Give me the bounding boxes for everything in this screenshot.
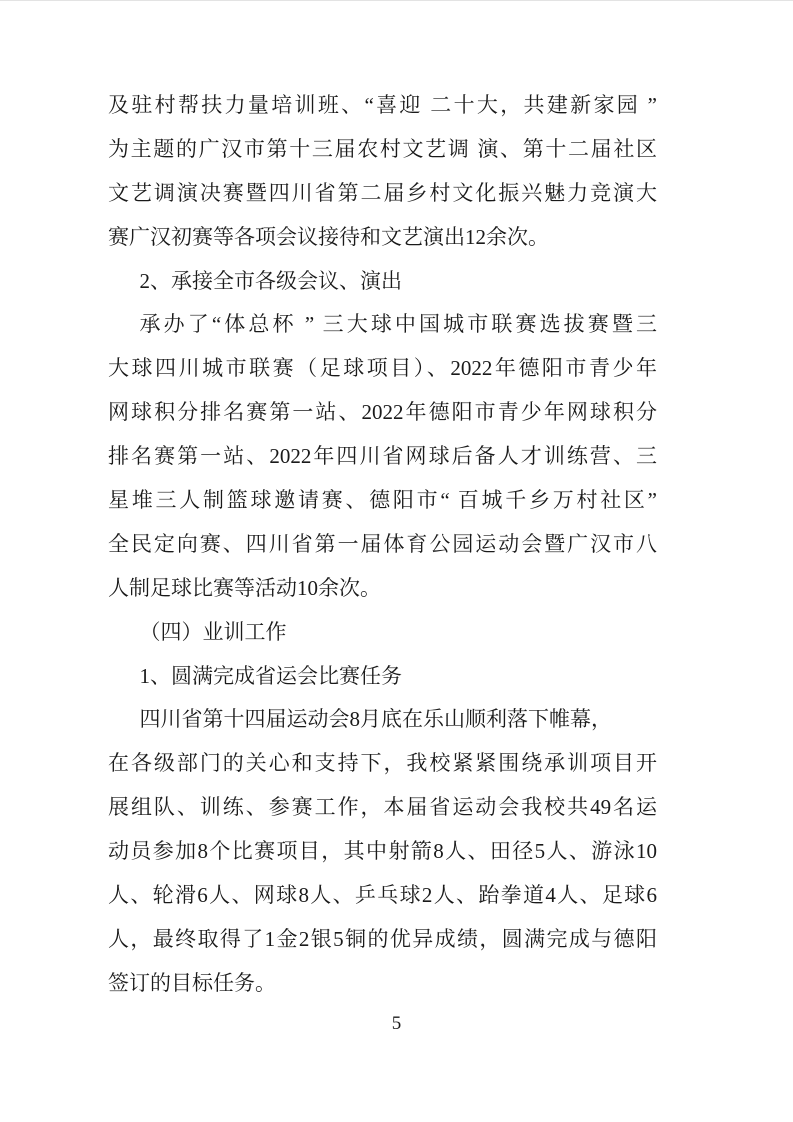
text-line: 及驻村帮扶力量培训班、“喜迎 二十大，共建新家园 ” [108,84,657,128]
text-line: 排名赛第一站、2022年四川省网球后备人才训练营、三 [108,435,657,479]
paragraph: 四川省第十四届运动会8月底在乐山顺利落下帷幕，在各级部门的关心和支持下，我校紧紧… [108,698,657,1005]
text-line: 全民定向赛、四川省第一届体育公园运动会暨广汉市八 [108,523,657,567]
paragraph: 1、圆满完成省运会比赛任务 [108,655,657,699]
text-line: 动员参加8个比赛项目，其中射箭8人、田径5人、游泳10 [108,830,657,874]
text-line: 人，最终取得了1金2银5铜的优异成绩，圆满完成与德阳 [108,918,657,962]
text-line: 在各级部门的关心和支持下，我校紧紧围绕承训项目开 [108,742,657,786]
text-line: 人制足球比赛等活动10余次。 [108,567,657,611]
paragraph: 及驻村帮扶力量培训班、“喜迎 二十大，共建新家园 ”为主题的广汉市第十三届农村文… [108,84,657,260]
text-line: 四川省第十四届运动会8月底在乐山顺利落下帷幕， [108,698,657,742]
text-line: 签订的目标任务。 [108,962,657,1006]
text-line: 大球四川城市联赛（足球项目）、2022年德阳市青少年 [108,347,657,391]
text-line: 1、圆满完成省运会比赛任务 [108,655,657,699]
text-line: 展组队、训练、参赛工作，本届省运动会我校共49名运 [108,786,657,830]
text-line: 为主题的广汉市第十三届农村文艺调 演、第十二届社区 [108,128,657,172]
text-line: 赛广汉初赛等各项会议接待和文艺演出12余次。 [108,216,657,260]
text-line: 网球积分排名赛第一站、2022年德阳市青少年网球积分 [108,391,657,435]
paragraph: 2、承接全市各级会议、演出 [108,260,657,304]
page-number: 5 [0,1012,793,1036]
page-body: 及驻村帮扶力量培训班、“喜迎 二十大，共建新家园 ”为主题的广汉市第十三届农村文… [108,84,657,1006]
paragraph: （四）业训工作 [108,611,657,655]
text-line: 承办了“体总杯 ” 三大球中国城市联赛选拔赛暨三 [108,303,657,347]
text-line: 2、承接全市各级会议、演出 [108,260,657,304]
text-line: 人、轮滑6人、网球8人、乒乓球2人、跆拳道4人、足球6 [108,874,657,918]
text-line: （四）业训工作 [108,611,657,655]
document-page: 及驻村帮扶力量培训班、“喜迎 二十大，共建新家园 ”为主题的广汉市第十三届农村文… [0,0,793,1122]
paragraph: 承办了“体总杯 ” 三大球中国城市联赛选拔赛暨三大球四川城市联赛（足球项目）、2… [108,303,657,610]
scan-edge-line [0,0,793,1]
text-line: 文艺调演决赛暨四川省第二届乡村文化振兴魅力竞演大 [108,172,657,216]
text-line: 星堆三人制篮球邀请赛、德阳市“ 百城千乡万村社区” [108,479,657,523]
